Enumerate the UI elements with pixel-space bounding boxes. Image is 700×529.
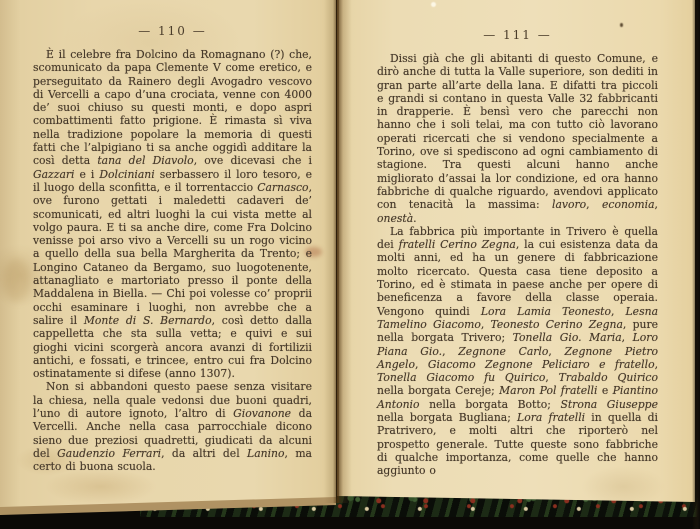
paragraph: È il celebre fra Dolcino da Romagnano (?… — [33, 48, 312, 380]
paragraph: Dissi già che gli abitanti di questo Com… — [377, 52, 658, 225]
page-111-text: — 111 — Dissi già che gli abitanti di qu… — [377, 28, 658, 478]
page-body: Dissi già che gli abitanti di questo Com… — [377, 52, 658, 478]
page-number-header: — 110 — — [33, 24, 312, 38]
page-body: È il celebre fra Dolcino da Romagnano (?… — [33, 48, 312, 474]
page-number-header: — 111 — — [377, 28, 658, 42]
paragraph: Non si abbandoni questo paese senza visi… — [33, 380, 312, 473]
paragraph: La fabbrica più importante in Trivero è … — [377, 225, 658, 478]
book-scan: — 110 — È il celebre fra Dolcino da Roma… — [0, 0, 700, 529]
page-110-text: — 110 — È il celebre fra Dolcino da Roma… — [33, 24, 312, 474]
